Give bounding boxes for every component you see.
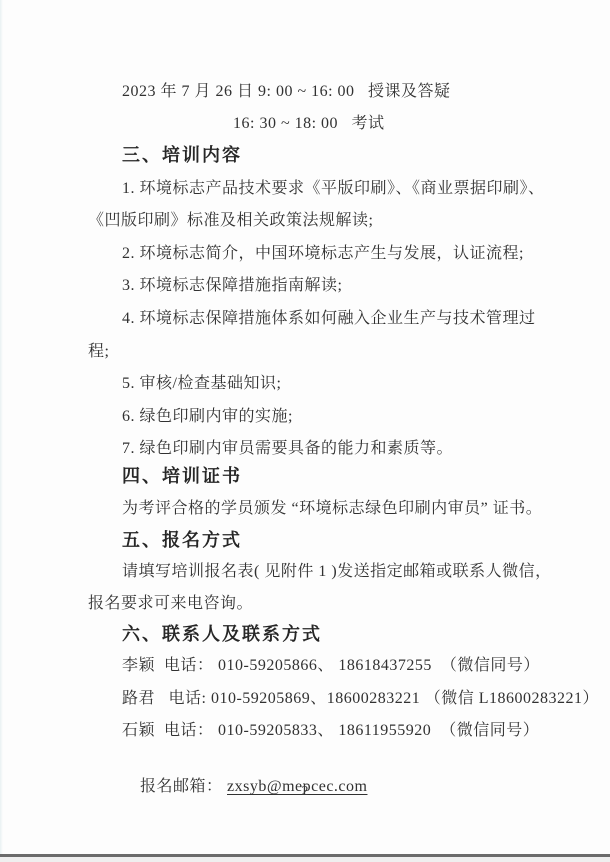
scan-edge-left (0, 0, 3, 862)
body-line: 为考评合格的学员颁发 “环境标志绿色印刷内审员” 证书。 (88, 497, 592, 521)
schedule-date-line: 2023 年 7 月 26 日 9: 00 ~ 16: 00 授课及答疑 (88, 80, 592, 104)
body-line: 1. 环境标志产品技术要求《平版印刷》、《商业票据印刷》、 (88, 177, 592, 201)
section-heading-certificate: 四、培训证书 (88, 464, 592, 488)
body-line: 7. 绿色印刷内审员需要具备的能力和素质等。 (88, 437, 592, 461)
contact-line: 石颖 电话： 010-59205833、 18611955920 （微信同号） (88, 719, 592, 743)
contact-line: 路君 电话: 010-59205869、18600283221 （微信 L186… (88, 687, 592, 711)
contact-line: 李颖 电话： 010-59205866、 18618437255 （微信同号） (88, 654, 592, 678)
section-heading-training-content: 三、培训内容 (88, 143, 592, 167)
schedule-exam-line: 16: 30 ~ 18: 00 考试 (88, 112, 610, 136)
page-number: 2 (0, 784, 610, 800)
section-heading-contacts: 六、联系人及联系方式 (88, 622, 592, 646)
body-line: 6. 绿色印刷内审的实施; (88, 405, 592, 429)
body-line: 报名要求可来电咨询。 (88, 592, 558, 616)
body-line: 请填写培训报名表( 见附件 1 )发送指定邮箱或联系人微信， (88, 560, 592, 584)
section-heading-registration: 五、报名方式 (88, 528, 592, 552)
body-line: 5. 审核/检查基础知识; (88, 372, 592, 396)
body-line: 4. 环境标志保障措施体系如何融入企业生产与技术管理过 (88, 307, 592, 331)
body-line: 3. 环境标志保障措施指南解读; (88, 274, 592, 298)
document-page: 2023 年 7 月 26 日 9: 00 ~ 16: 00 授课及答疑 16:… (0, 0, 610, 862)
body-line: 程; (88, 340, 558, 364)
scan-edge-below (0, 857, 610, 862)
body-line: 2. 环境标志简介，中国环境标志产生与发展，认证流程; (88, 242, 592, 266)
body-line: 《凹版印刷》标准及相关政策法规解读; (88, 209, 558, 233)
